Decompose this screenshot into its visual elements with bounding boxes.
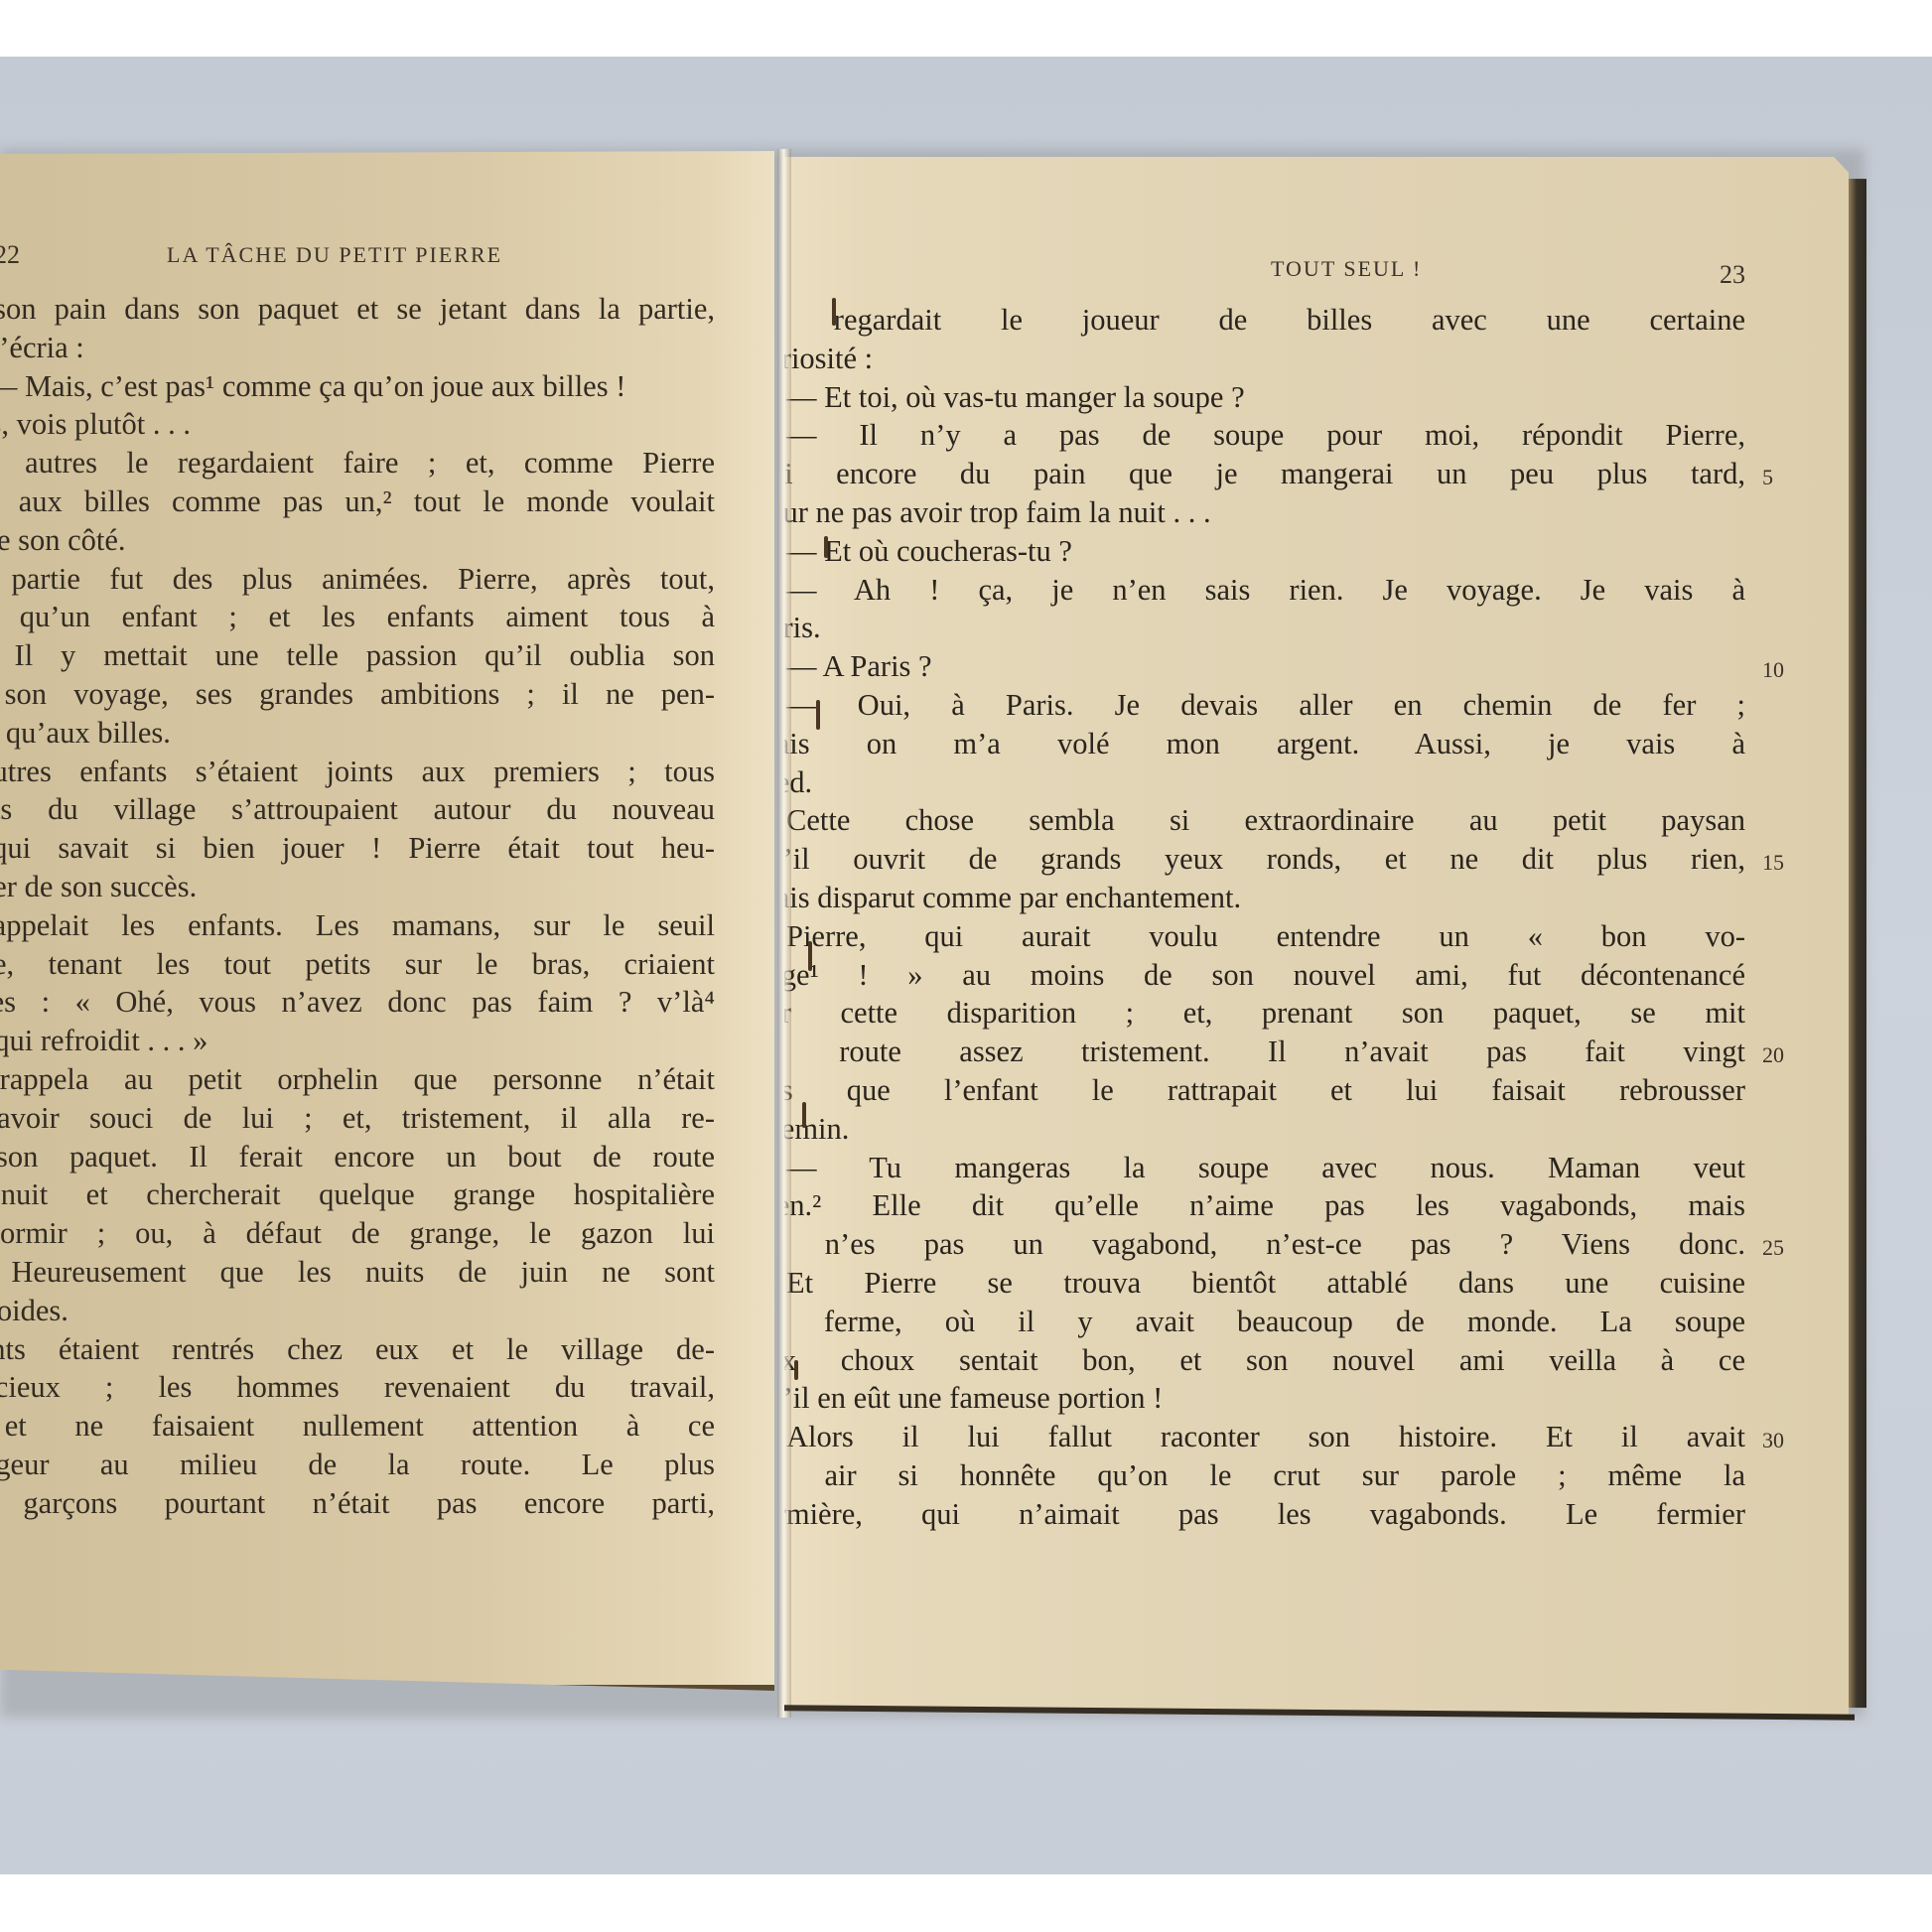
text-line: — Oui, à Paris. Je devais aller en chemi…	[784, 686, 1745, 725]
text-line: n appelait les enfants. Les mamans, sur …	[0, 906, 715, 945]
text-line: pour ne pas avoir trop faim la nuit . . …	[784, 493, 1745, 532]
text-line: j’ai encore du pain que je mangerai un p…	[784, 455, 1745, 493]
text-line: plus qu’aux billes.	[0, 714, 715, 753]
text-line: des garçons pourtant n’était pas encore …	[0, 1484, 715, 1523]
text-line: re son paquet. Il ferait encore un bout …	[0, 1138, 715, 1176]
text-line: yage¹ ! » au moins de son nouvel ami, fu…	[784, 956, 1745, 995]
text-line: tu n’es pas un vagabond, n’est-ce pas ? …	[784, 1225, 1745, 1264]
text-line: qu’il ouvrit de grands yeux ronds, et ne…	[784, 840, 1745, 879]
line-number: 5	[1762, 465, 1773, 490]
text-line: Les autres le regardaient faire ; et, co…	[0, 444, 715, 483]
line-number: 15	[1762, 850, 1784, 876]
text-line: Alors il lui fallut raconter son histoir…	[784, 1418, 1745, 1456]
text-line: Paris.	[784, 609, 1745, 647]
text-line: bien.² Elle dit qu’elle n’aime pas les v…	[784, 1186, 1745, 1225]
text-line: — Et où coucheras-tu ?	[784, 532, 1745, 571]
text-line: — Tu mangeras la soupe avec nous. Maman …	[784, 1149, 1745, 1187]
text-line: la nuit et chercherait quelque grange ho…	[0, 1175, 715, 1214]
line-number: 10	[1762, 657, 1784, 683]
text-line: qu’il en eût une fameuse portion !	[784, 1379, 1745, 1418]
binding-tear	[832, 298, 836, 326]
text-line: le son pain dans son paquet et se jetant…	[0, 290, 715, 329]
text-line: — Ah ! ça, je n’en sais rien. Je voyage.…	[784, 571, 1745, 610]
text-line: tait qu’un enfant ; et les enfants aimen…	[0, 598, 715, 636]
text-line: Et Pierre se trouva bientôt attablé dans…	[784, 1264, 1745, 1303]
text-line: r³ qui savait si bien jouer ! Pierre éta…	[0, 829, 715, 868]
text-line: voyageur au milieu de la route. Le plus	[0, 1446, 715, 1484]
line-number: 30	[1762, 1428, 1784, 1453]
text-line: en route assez tristement. Il n’avait pa…	[784, 1033, 1745, 1071]
text-line: La partie fut des plus animées. Pierre, …	[0, 560, 715, 599]
right-page: TOUT SEUL ! 23 et regardait le joueur de…	[784, 157, 1849, 1718]
text-line: mais on m’a volé mon argent. Aussi, je v…	[784, 725, 1745, 763]
text-line: la rappela au petit orphelin que personn…	[0, 1060, 715, 1099]
text-line: ier. Il y mettait une telle passion qu’i…	[0, 636, 715, 675]
text-line: par cette disparition ; et, prenant son …	[784, 994, 1745, 1033]
line-number: 20	[1762, 1042, 1784, 1068]
text-line: enfants étaient rentrés chez eux et le v…	[0, 1330, 715, 1369]
right-page-number: 23	[1720, 260, 1745, 290]
right-page-text: et regardait le joueur de billes avec un…	[784, 301, 1745, 1534]
text-line: uait aux billes comme pas un,² tout le m…	[0, 483, 715, 521]
line-number: 25	[1762, 1235, 1784, 1261]
text-line: — Il n’y a pas de soupe pour moi, répond…	[784, 416, 1745, 455]
text-line: aux choux sentait bon, et son nouvel ami…	[784, 1341, 1745, 1380]
text-line: le, son voyage, ses grandes ambitions ; …	[0, 675, 715, 714]
text-line: — Et toi, où vas-tu manger la soupe ?	[784, 378, 1745, 417]
left-page-number: 22	[0, 240, 20, 270]
binding-tear	[802, 1102, 806, 1128]
text-line: Cette chose sembla si extraordinaire au …	[784, 801, 1745, 840]
binding-tear	[824, 536, 828, 558]
left-running-head: LA TÂCHE DU PETIT PIERRE	[167, 242, 502, 268]
text-line: — A Paris ?	[784, 647, 1745, 686]
book-spine-gutter	[777, 149, 791, 1718]
text-line: s, et ne faisaient nullement attention à…	[0, 1407, 715, 1446]
text-line: re de son côté.	[0, 521, 715, 560]
text-line: s’écria :	[0, 329, 715, 367]
text-line: fermière, qui n’aimait pas les vagabonds…	[784, 1495, 1745, 1534]
left-page: 22 LA TÂCHE DU PETIT PIERRE le son pain …	[0, 151, 774, 1691]
binding-tear	[794, 1360, 798, 1380]
text-line: silencieux ; les hommes revenaient du tr…	[0, 1368, 715, 1407]
text-line: chemin.	[784, 1110, 1745, 1149]
text-line: mais disparut comme par enchantement.	[784, 879, 1745, 917]
text-line: ur avoir souci de lui ; et, tristement, …	[0, 1099, 715, 1138]
text-line: iens, vois plutôt . . .	[0, 405, 715, 444]
text-line: pas que l’enfant le rattrapait et lui fa…	[784, 1071, 1745, 1110]
right-running-head: TOUT SEUL !	[1271, 256, 1422, 282]
text-line: — Mais, c’est pas¹ comme ça qu’on joue a…	[0, 367, 715, 406]
text-line: de ferme, où il y avait beaucoup de mond…	[784, 1303, 1745, 1341]
text-line: ait. Heureusement que les nuits de juin …	[0, 1253, 715, 1292]
binding-tear	[808, 941, 812, 971]
text-line: y dormir ; ou, à défaut de grange, le ga…	[0, 1214, 715, 1253]
binding-tear	[816, 700, 820, 730]
text-line: op froides.	[0, 1292, 715, 1330]
text-line: Pierre, qui aurait voulu entendre un « b…	[784, 917, 1745, 956]
text-line: et regardait le joueur de billes avec un…	[784, 301, 1745, 340]
text-line: autres : « Ohé, vous n’avez donc pas fai…	[0, 983, 715, 1022]
text-line: upe qui refroidit . . . »	[0, 1022, 715, 1060]
text-line: D’autres enfants s’étaient joints aux pr…	[0, 753, 715, 791]
text-line: curiosité :	[784, 340, 1745, 378]
text-line: un air si honnête qu’on le crut sur paro…	[784, 1456, 1745, 1495]
text-line: et fier de son succès.	[0, 868, 715, 906]
text-line: petits du village s’attroupaient autour …	[0, 790, 715, 829]
text-line: porte, tenant les tout petits sur le bra…	[0, 945, 715, 984]
left-page-text: le son pain dans son paquet et se jetant…	[0, 290, 715, 1523]
text-line: pied.	[784, 763, 1745, 802]
